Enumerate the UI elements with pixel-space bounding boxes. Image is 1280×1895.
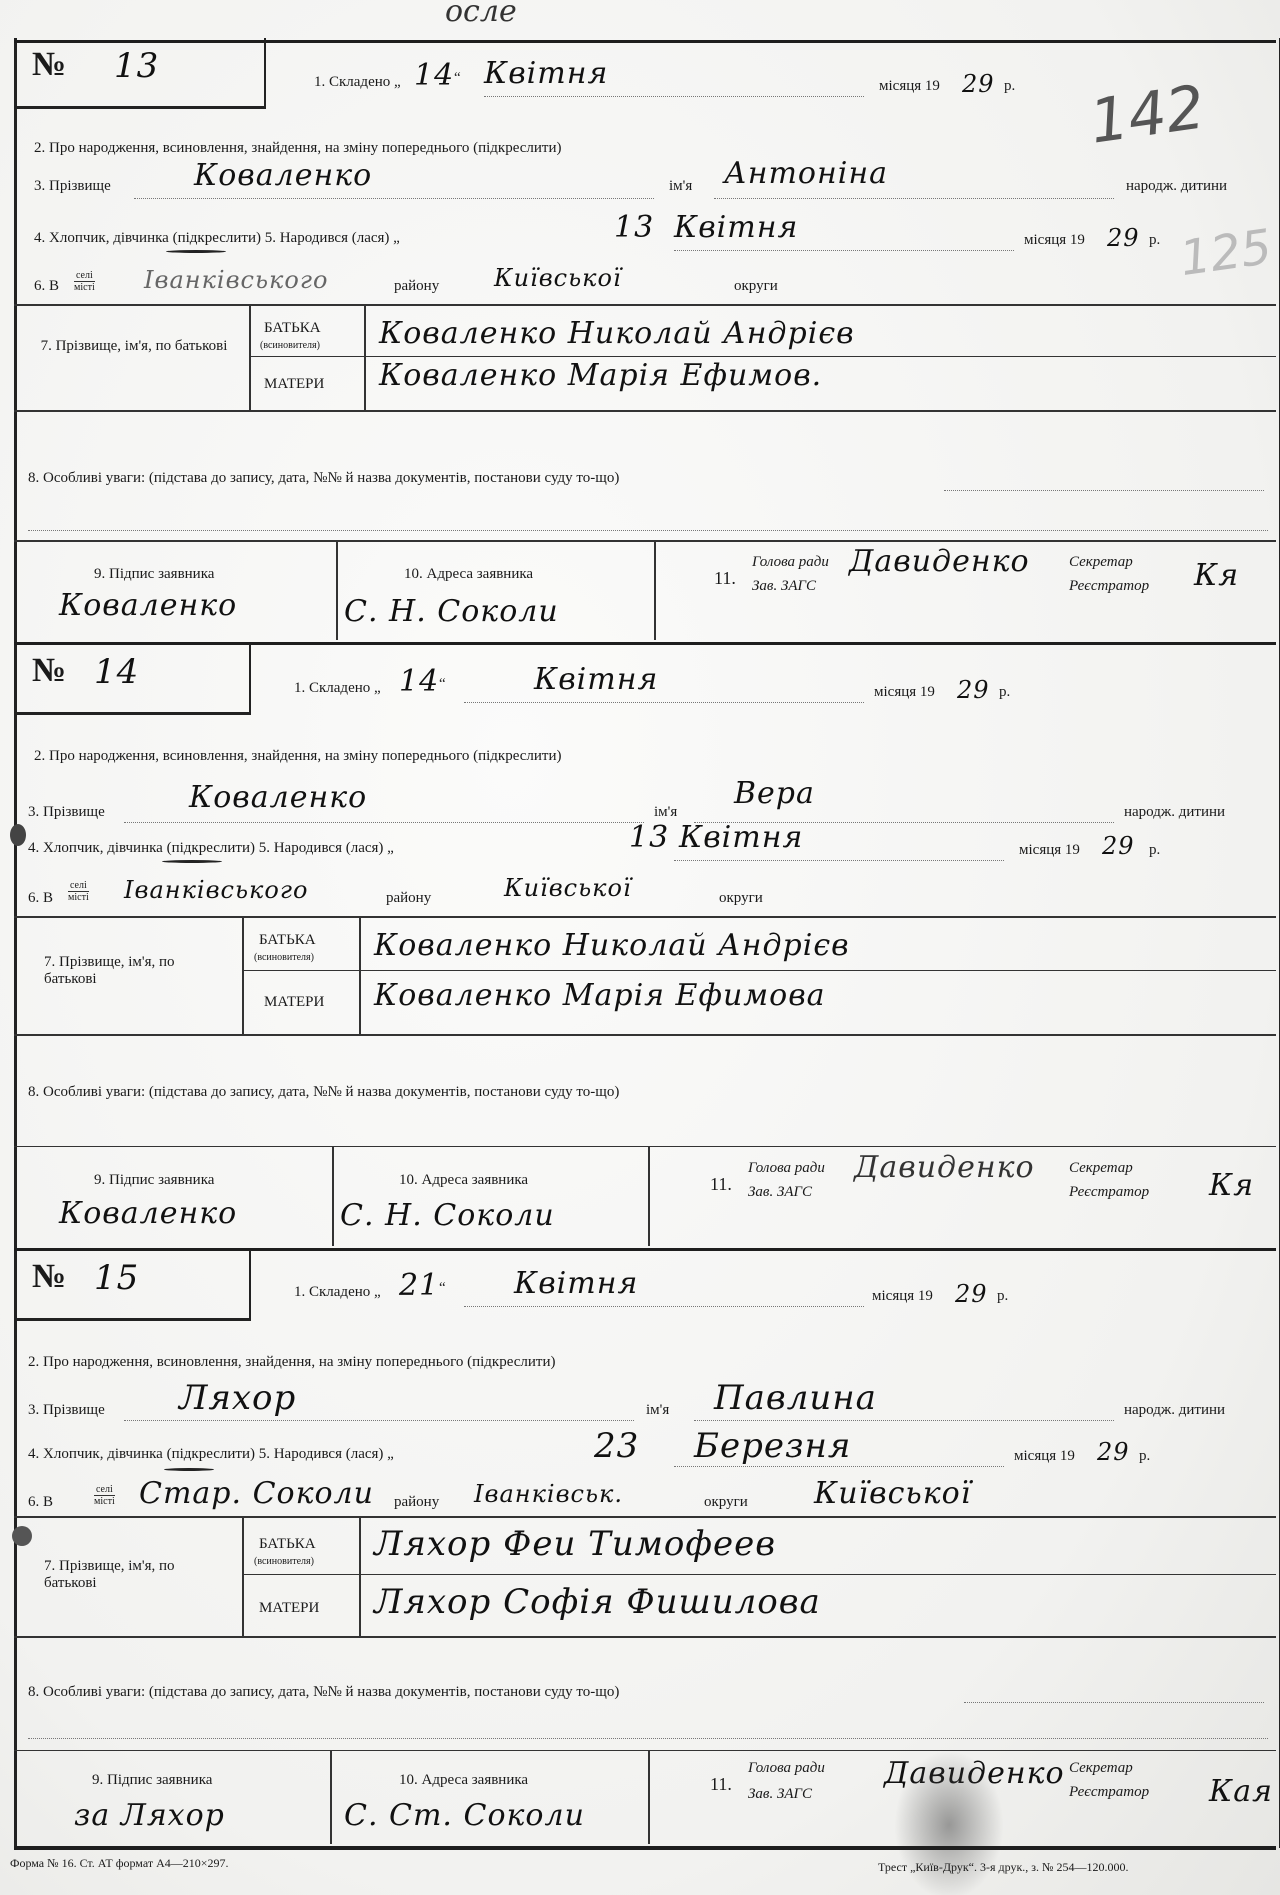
month-year-label: місяця 19 (872, 1288, 933, 1305)
born-month-year-label: місяця 19 (1024, 232, 1085, 249)
record-number: 14 (94, 652, 139, 692)
village-town-fraction: селі місті (68, 880, 89, 903)
born-month: Квітня (679, 820, 803, 855)
dotted-line (964, 1702, 1264, 1703)
father-label: БАТЬКА (259, 1536, 316, 1553)
first-name-value: Павлина (714, 1378, 877, 1418)
district-label: району (386, 890, 431, 907)
father-value: Коваленко Николай Андрієв (374, 928, 850, 963)
town-label: місті (74, 282, 95, 293)
year-suffix: р. (1004, 78, 1015, 95)
composed-month: Квітня (534, 662, 658, 697)
bottom-border (14, 1846, 1276, 1850)
composed-day: 14 (399, 664, 439, 699)
divider (242, 1574, 1276, 1575)
father-sub-label: (всиновителя) (254, 1556, 314, 1567)
father-value: Ляхор Феи Тимофеев (374, 1524, 776, 1564)
zags-label: Зав. ЗАГС (748, 1786, 812, 1803)
official-number: 11. (714, 568, 736, 589)
divider (14, 304, 1276, 306)
secretary-label: Секретар (1069, 554, 1133, 571)
divider (249, 304, 251, 410)
dotted-line (464, 702, 864, 703)
gender-label: 4. Хлопчик, дівчинка (підкреслити) 5. На… (28, 1446, 394, 1463)
okrug-value: Київської (814, 1476, 971, 1511)
number-sign: № (32, 652, 66, 690)
secretary-label: Секретар (1069, 1760, 1133, 1777)
applicant-signature: за Ляхор (74, 1798, 225, 1833)
divider (648, 1146, 650, 1246)
composed-label: 1. Складено „ (294, 1284, 381, 1301)
chair-label: Голова ради (748, 1760, 825, 1777)
surname-value: Ляхор (179, 1378, 296, 1418)
born-year: 29 (1107, 224, 1140, 252)
mother-label: МАТЕРИ (264, 376, 324, 393)
born-day: 13 (614, 210, 654, 245)
record-number-box: № 13 (14, 38, 266, 109)
mother-label: МАТЕРИ (264, 994, 324, 1011)
village-town-fraction: селі місті (74, 270, 95, 293)
dotted-line (28, 1738, 1268, 1739)
record-number-box: № 14 (14, 644, 251, 715)
dotted-line (674, 250, 1014, 251)
village-value: Іванківського (144, 266, 328, 294)
composed-year: 29 (955, 1280, 988, 1308)
mother-label: МАТЕРИ (259, 1600, 319, 1617)
notes-label: 8. Особливі уваги: (підстава до запису, … (28, 1084, 619, 1101)
gender-underline (166, 250, 226, 253)
father-sub-label: (всиновителя) (260, 340, 320, 351)
dotted-line (28, 530, 1268, 531)
record-number-box: № 15 (14, 1250, 251, 1321)
dotted-line (124, 1420, 634, 1421)
born-day: 13 (629, 820, 669, 855)
divider (654, 540, 656, 640)
dotted-line (134, 198, 654, 199)
first-name-label: ім'я (654, 804, 677, 821)
applicant-sig-label: 9. Підпис заявника (94, 566, 214, 583)
village-label: селі (94, 1484, 115, 1496)
born-month: Березня (694, 1426, 851, 1466)
year-suffix: р. (1149, 842, 1160, 859)
secretary-label: Секретар (1069, 1160, 1133, 1177)
dotted-line (944, 490, 1264, 491)
born-year: 29 (1102, 832, 1135, 860)
gender-label: 4. Хлопчик, дівчинка (підкреслити) 5. На… (28, 840, 394, 857)
year-suffix: р. (1139, 1448, 1150, 1465)
applicant-signature: Коваленко (59, 588, 237, 623)
registrar-signature: Кя (1209, 1168, 1254, 1203)
surname-value: Коваленко (189, 780, 367, 815)
dotted-line (674, 1466, 1004, 1467)
record-13: № 13 1. Складено „ 14 “ Квітня місяця 19… (14, 38, 1276, 644)
village-town-fraction: селі місті (94, 1484, 115, 1507)
chair-signature: Давиденко (854, 1150, 1035, 1185)
divider (364, 304, 366, 410)
dotted-line (714, 198, 1114, 199)
father-label: БАТЬКА (259, 932, 316, 949)
divider (14, 540, 1276, 542)
ink-blot (12, 1526, 32, 1546)
okrug-label: округи (734, 278, 778, 295)
applicant-sig-label: 9. Підпис заявника (94, 1172, 214, 1189)
dotted-line (464, 1306, 864, 1307)
applicant-addr-label: 10. Адреса заявника (399, 1772, 528, 1789)
town-label: місті (68, 892, 89, 903)
dotted-line (124, 822, 644, 823)
district-value: Київської (504, 874, 632, 902)
composed-month: Квітня (484, 56, 608, 91)
applicant-address: С. Н. Соколи (340, 1198, 555, 1233)
divider (648, 1750, 650, 1844)
divider (359, 916, 361, 1034)
composed-year: 29 (962, 70, 995, 98)
registrar-signature: Кя (1194, 558, 1239, 593)
divider (14, 1146, 1276, 1147)
quote-close: “ (439, 676, 446, 693)
father-sub-label: (всиновителя) (254, 952, 314, 963)
parents-label: 7. Прізвище, ім'я, по батькові (44, 954, 224, 988)
place-label: 6. В (28, 1494, 53, 1511)
registrar-label: Реєстратор (1069, 578, 1149, 595)
parents-label: 7. Прізвище, ім'я, по батькові (34, 338, 234, 355)
dotted-line (484, 96, 864, 97)
chair-label: Голова ради (752, 554, 829, 571)
divider (14, 1636, 1276, 1638)
record-14: № 14 1. Складено „ 14 “ Квітня місяця 19… (14, 644, 1276, 1250)
town-label: місті (94, 1496, 115, 1507)
year-suffix: р. (997, 1288, 1008, 1305)
document-page: осле 142 125 № 13 1. Складено „ 14 “ Кві… (0, 0, 1280, 1895)
number-sign: № (32, 1258, 66, 1296)
about-label: 2. Про народження, всиновлення, знайденн… (34, 748, 562, 765)
chair-label: Голова ради (748, 1160, 825, 1177)
born-day: 23 (594, 1426, 639, 1466)
father-value: Коваленко Николай Андрієв (379, 316, 855, 351)
chair-signature: Давиденко (849, 544, 1030, 579)
divider (242, 916, 244, 1034)
district-value: Іванківськ. (474, 1480, 623, 1508)
gender-label: 4. Хлопчик, дівчинка (підкреслити) 5. На… (34, 230, 400, 247)
registrar-signature: Кая (1209, 1774, 1273, 1809)
record-number: 15 (94, 1258, 139, 1298)
month-year-label: місяця 19 (879, 78, 940, 95)
zags-label: Зав. ЗАГС (748, 1184, 812, 1201)
mother-value: Коваленко Марія Ефимов. (379, 358, 822, 393)
composed-month: Квітня (514, 1266, 638, 1301)
composed-day: 21 (399, 1268, 439, 1303)
zags-label: Зав. ЗАГС (752, 578, 816, 595)
divider (14, 410, 1276, 412)
child-label: народж. дитини (1126, 178, 1227, 195)
registrar-label: Реєстратор (1069, 1184, 1149, 1201)
applicant-addr-label: 10. Адреса заявника (399, 1172, 528, 1189)
born-year: 29 (1097, 1438, 1130, 1466)
okrug-label: округи (704, 1494, 748, 1511)
number-sign: № (32, 46, 66, 84)
born-month: Квітня (674, 210, 798, 245)
about-label: 2. Про народження, всиновлення, знайденн… (28, 1354, 556, 1371)
village-label: селі (74, 270, 95, 282)
divider (359, 1516, 361, 1636)
divider (330, 1750, 332, 1844)
year-suffix: р. (999, 684, 1010, 701)
official-number: 11. (710, 1774, 732, 1795)
divider (14, 1750, 1276, 1751)
notes-label: 8. Особливі уваги: (підстава до запису, … (28, 470, 619, 487)
father-label: БАТЬКА (264, 320, 321, 337)
applicant-address: С. Ст. Соколи (344, 1798, 585, 1833)
first-name-label: ім'я (669, 178, 692, 195)
record-15: № 15 1. Складено „ 21 “ Квітня місяця 19… (14, 1250, 1276, 1850)
divider (14, 1516, 1276, 1518)
place-label: 6. В (28, 890, 53, 907)
surname-value: Коваленко (194, 158, 372, 193)
mother-value: Коваленко Марія Ефимова (374, 978, 826, 1013)
composed-label: 1. Складено „ (294, 680, 381, 697)
divider (242, 1516, 244, 1636)
composed-label: 1. Складено „ (314, 74, 401, 91)
dotted-line (694, 1420, 1114, 1421)
quote-close: “ (454, 70, 461, 87)
divider (14, 916, 1276, 918)
composed-day: 14 (414, 58, 454, 93)
gender-underline (162, 860, 222, 863)
child-label: народж. дитини (1124, 1402, 1225, 1419)
applicant-signature: Коваленко (59, 1196, 237, 1231)
first-name-value: Антоніна (724, 156, 888, 191)
surname-label: 3. Прізвище (34, 178, 111, 195)
applicant-sig-label: 9. Підпис заявника (92, 1772, 212, 1789)
divider (336, 540, 338, 640)
village-underline (164, 1468, 214, 1471)
divider (332, 1146, 334, 1246)
record-number: 13 (114, 46, 159, 86)
village-value: Стар. Соколи (139, 1476, 374, 1511)
year-suffix: р. (1149, 232, 1160, 249)
divider (242, 970, 1276, 971)
surname-label: 3. Прізвище (28, 1402, 105, 1419)
village-label: селі (68, 880, 89, 892)
top-scribble: осле (445, 0, 517, 29)
quote-close: “ (439, 1280, 446, 1297)
footer-form-info: Форма № 16. Ст. АТ формат А4—210×297. (10, 1856, 229, 1871)
village-value: Іванківського (124, 876, 308, 904)
month-year-label: місяця 19 (874, 684, 935, 701)
divider (14, 1034, 1276, 1036)
divider (249, 356, 1276, 357)
composed-year: 29 (957, 676, 990, 704)
parents-label: 7. Прізвище, ім'я, по батькові (44, 1558, 224, 1592)
ink-blot (10, 824, 26, 846)
registrar-label: Реєстратор (1069, 1784, 1149, 1801)
official-number: 11. (710, 1174, 732, 1195)
district-label: району (394, 278, 439, 295)
first-name-label: ім'я (646, 1402, 669, 1419)
district-value: Київської (494, 264, 622, 292)
about-label: 2. Про народження, всиновлення, знайденн… (34, 140, 562, 157)
place-label: 6. В (34, 278, 59, 295)
dotted-line (674, 860, 1004, 861)
first-name-value: Вера (734, 776, 815, 811)
district-label: району (394, 1494, 439, 1511)
surname-label: 3. Прізвище (28, 804, 105, 821)
child-label: народж. дитини (1124, 804, 1225, 821)
mother-value: Ляхор Софія Фишилова (374, 1582, 821, 1622)
footer-printer-info: Трест „Київ-Друк“. 3-я друк., з. № 254—1… (878, 1860, 1128, 1875)
okrug-label: округи (719, 890, 763, 907)
notes-label: 8. Особливі уваги: (підстава до запису, … (28, 1684, 619, 1701)
applicant-address: С. Н. Соколи (344, 594, 559, 629)
born-month-year-label: місяця 19 (1014, 1448, 1075, 1465)
born-month-year-label: місяця 19 (1019, 842, 1080, 859)
applicant-addr-label: 10. Адреса заявника (404, 566, 533, 583)
